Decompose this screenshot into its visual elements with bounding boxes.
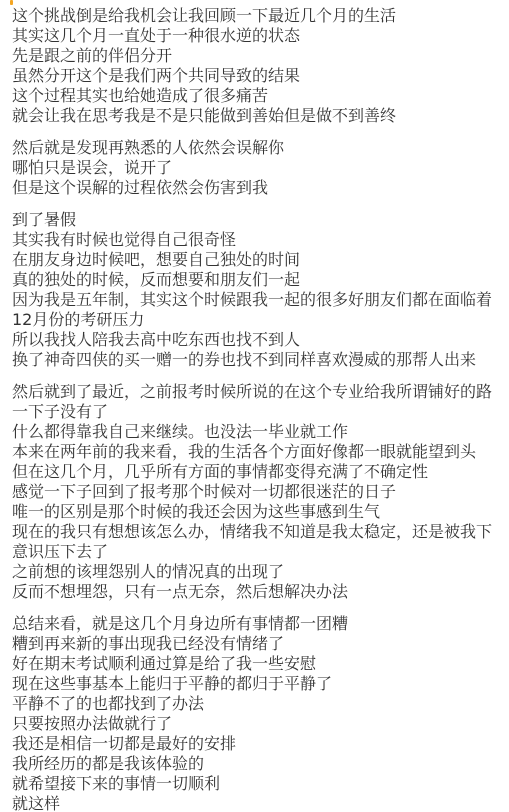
text-line[interactable]: 就这样 — [12, 794, 498, 812]
text-line[interactable]: 总结来看，就是这几个月身边所有事情都一团糟 — [12, 614, 498, 634]
text-line[interactable]: 现在这些事基本上能归于平静的都归于平静了 — [12, 674, 498, 694]
text-line[interactable]: 平静不了的也都找到了办法 — [12, 694, 498, 714]
text-line[interactable]: 哪怕只是误会，说开了 — [12, 158, 498, 178]
paragraph: 到了暑假其实我有时候也觉得自己很奇怪在朋友身边时候吧，想要自己独处的时间真的独处… — [12, 210, 498, 370]
text-line[interactable]: 到了暑假 — [12, 210, 498, 230]
text-cursor-icon — [10, 0, 13, 5]
text-line[interactable]: 只要按照办法做就行了 — [12, 714, 498, 734]
text-line[interactable]: 先是跟之前的伴侣分开 — [12, 46, 498, 66]
text-line[interactable]: 就会让我在思考我是不是只能做到善始但是做不到善终 — [12, 106, 498, 126]
text-line[interactable]: 这个挑战倒是给我机会让我回顾一下最近几个月的生活 — [12, 6, 498, 26]
text-line[interactable]: 在朋友身边时候吧，想要自己独处的时间 — [12, 250, 498, 270]
paragraph: 总结来看，就是这几个月身边所有事情都一团糟糟到再来新的事出现我已经没有情绪了好在… — [12, 614, 498, 812]
text-line[interactable]: 然后就是发现再熟悉的人依然会误解你 — [12, 138, 498, 158]
text-line[interactable]: 但在这几个月，几乎所有方面的事情都变得充满了不确定性 — [12, 462, 498, 482]
text-line[interactable]: 唯一的区别是那个时候的我还会因为这些事感到生气 — [12, 502, 498, 522]
paragraph: 然后就到了最近，之前报考时候所说的在这个专业给我所谓铺好的路一下子没有了什么都得… — [12, 382, 498, 602]
text-line[interactable]: 其实这几个月一直处于一种很水逆的状态 — [12, 26, 498, 46]
paragraph: 然后就是发现再熟悉的人依然会误解你哪怕只是误会，说开了但是这个误解的过程依然会伤… — [12, 138, 498, 198]
text-line[interactable]: 因为我是五年制，其实这个时候跟我一起的很多好朋友们都在面临着12月份的考研压力 — [12, 290, 498, 330]
text-line[interactable]: 之前想的该埋怨别人的情况真的出现了 — [12, 562, 498, 582]
text-line[interactable]: 现在的我只有想想该怎么办，情绪我不知道是我太稳定，还是被我下意识压下去了 — [12, 522, 498, 562]
text-line[interactable]: 其实我有时候也觉得自己很奇怪 — [12, 230, 498, 250]
text-line[interactable]: 好在期末考试顺利通过算是给了我一些安慰 — [12, 654, 498, 674]
text-line[interactable]: 这个过程其实也给她造成了很多痛苦 — [12, 86, 498, 106]
text-line[interactable]: 感觉一下子回到了报考那个时候对一切都很迷茫的日子 — [12, 482, 498, 502]
text-line[interactable]: 糟到再来新的事出现我已经没有情绪了 — [12, 634, 498, 654]
paragraph: 这个挑战倒是给我机会让我回顾一下最近几个月的生活其实这几个月一直处于一种很水逆的… — [12, 6, 498, 126]
text-line[interactable]: 换了神奇四侠的买一赠一的券也找不到同样喜欢漫威的那帮人出来 — [12, 350, 498, 370]
text-line[interactable]: 本来在两年前的我来看，我的生活各个方面好像都一眼就能望到头 — [12, 442, 498, 462]
text-line[interactable]: 虽然分开这个是我们两个共同导致的结果 — [12, 66, 498, 86]
text-line[interactable]: 反而不想埋怨，只有一点无奈，然后想解决办法 — [12, 582, 498, 602]
text-line[interactable]: 真的独处的时候，反而想要和朋友们一起 — [12, 270, 498, 290]
note-text-area[interactable]: 这个挑战倒是给我机会让我回顾一下最近几个月的生活其实这几个月一直处于一种很水逆的… — [0, 0, 509, 812]
note-page: 这个挑战倒是给我机会让我回顾一下最近几个月的生活其实这几个月一直处于一种很水逆的… — [0, 0, 509, 812]
text-line[interactable]: 然后就到了最近，之前报考时候所说的在这个专业给我所谓铺好的路一下子没有了 — [12, 382, 498, 422]
text-line[interactable]: 我还是相信一切都是最好的安排 — [12, 734, 498, 754]
text-line[interactable]: 就希望接下来的事情一切顺利 — [12, 774, 498, 794]
text-line[interactable]: 什么都得靠我自己来继续。也没法一毕业就工作 — [12, 422, 498, 442]
text-line[interactable]: 但是这个误解的过程依然会伤害到我 — [12, 178, 498, 198]
text-line[interactable]: 我所经历的都是我该体验的 — [12, 754, 498, 774]
text-line[interactable]: 所以我找人陪我去高中吃东西也找不到人 — [12, 330, 498, 350]
